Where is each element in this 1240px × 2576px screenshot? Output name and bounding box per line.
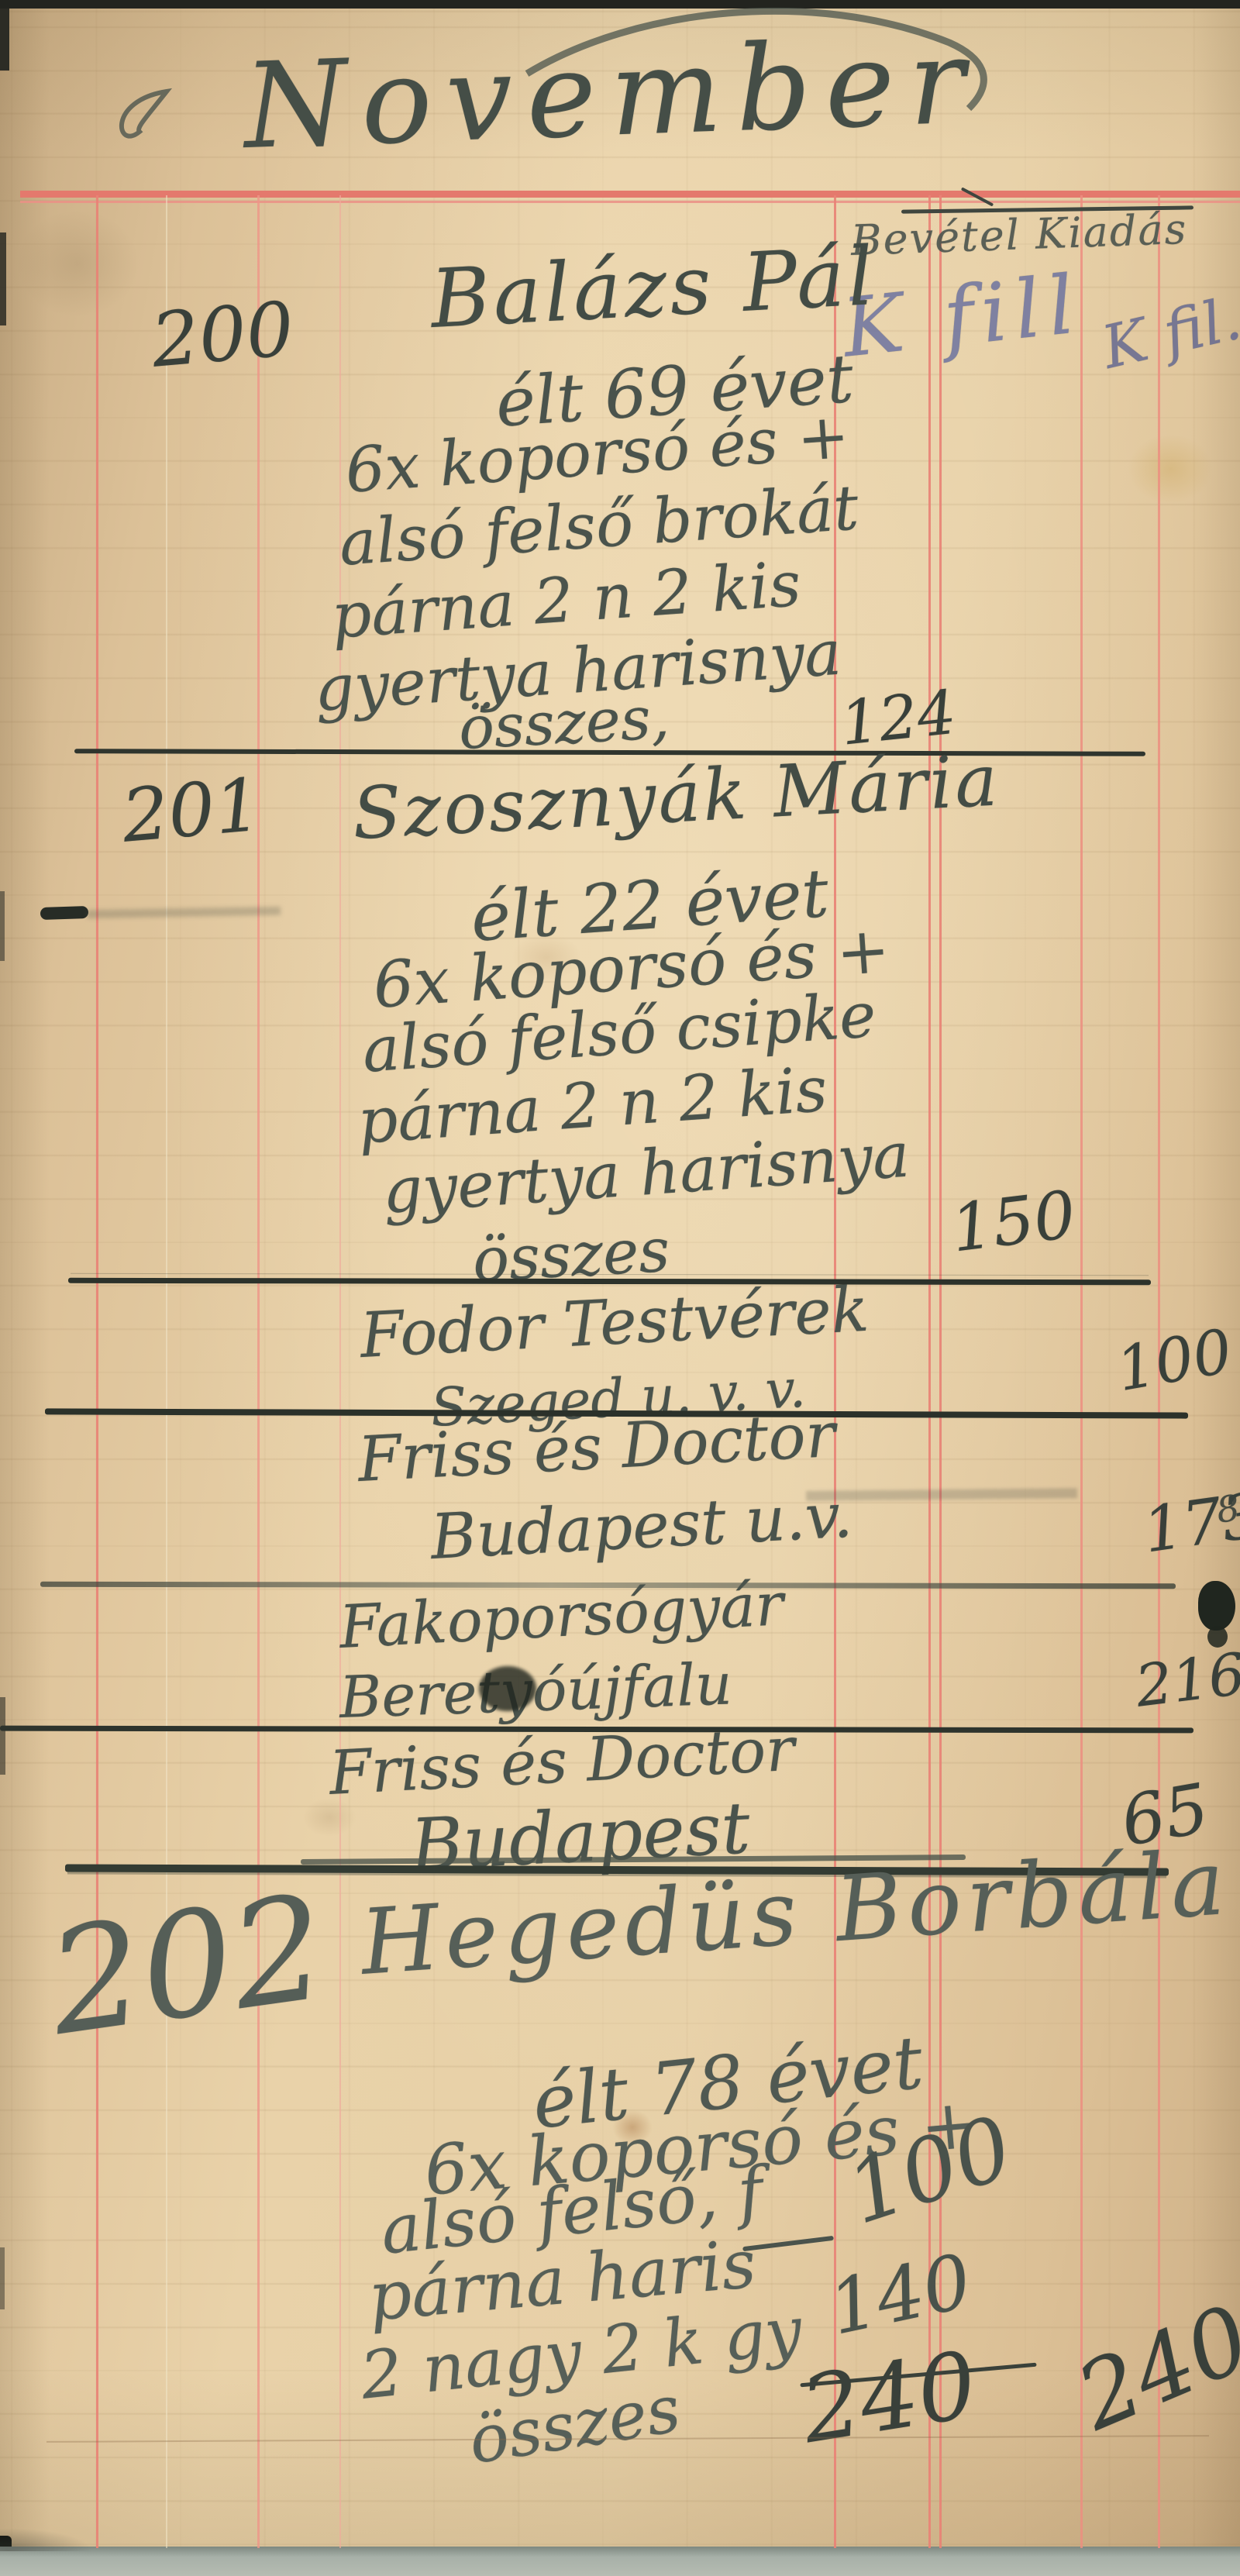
column-header-income-expense: Bevétel Kiadás [850,208,1188,262]
scan-bottom-strip [0,2547,1240,2576]
total-label: összes, [457,688,671,758]
ink-smear [40,906,89,920]
red-column-rule [834,195,836,2548]
paper-bottom-corner-shadow [0,2528,93,2551]
red-header-rule-thick [20,191,1240,198]
paper-stain [1128,434,1213,504]
supplier-expense-amount: 216. [1132,1643,1240,1716]
scan-edge-nick [0,2247,5,2309]
deceased-name: Balázs Pál [429,236,878,339]
pale-crease-rule [166,195,167,2548]
scan-edge-nick [0,232,6,325]
scan-edge-nick [0,891,5,961]
entry-number: 200 [149,291,297,378]
red-column-rule [1080,195,1083,2548]
entry-number: 201 [119,770,264,854]
supplier-expense-minor: 86 [1214,1486,1240,1528]
overwrite-smudge [479,1666,536,1711]
scan-edge-nick [0,9,9,71]
ink-blot [1198,1581,1235,1631]
page-title: November [242,22,980,166]
scan-edge-nick [0,1697,5,1775]
red-column-rule [96,195,98,2548]
ledger-page-scan: November Bevétel Kiadás K fill K fil. 20… [0,0,1240,2576]
paper-stain [15,209,139,318]
red-column-rule [257,195,260,2548]
entry-number: 202 [41,1875,333,2056]
total-income-amount: 150 [948,1182,1079,1262]
red-header-rule-thin [20,201,1240,203]
